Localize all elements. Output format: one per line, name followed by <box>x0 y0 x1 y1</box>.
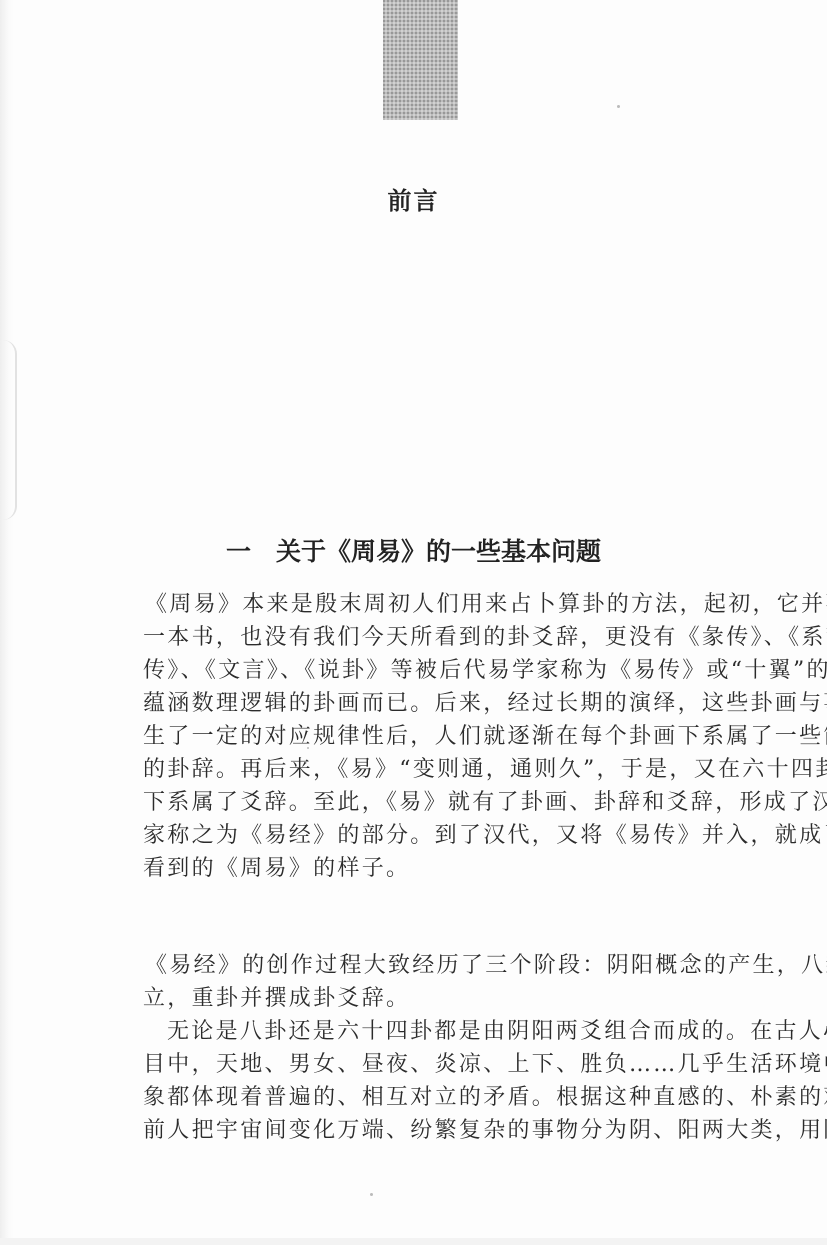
paragraph-1-line-6: 的卦辞。再后来，《易》“变则通，通则久”，于是，又在六十四卦的各爻之 <box>143 753 827 786</box>
scan-speck <box>617 105 620 108</box>
paragraph-1-line-8: 家称之为《易经》的部分。到了汉代，又将《易传》并入，就成了我们现在 <box>143 819 827 852</box>
paragraph-3-line-4: 前人把宇宙间变化万端、纷繁复杂的事物分为阴、阳两大类，用阴、阳两 <box>143 1114 827 1147</box>
scan-bottom-edge <box>0 1238 827 1245</box>
paragraph-3-line-1: 无论是八卦还是六十四卦都是由阴阳两爻组合而成的。在古人心 <box>167 1015 827 1048</box>
paragraph-1-line-7: 下系属了爻辞。至此，《易》就有了卦画、卦辞和爻辞，形成了汉代易学 <box>143 786 827 819</box>
scan-page-curl <box>3 340 17 520</box>
paragraph-1-line-2: 一本书，也没有我们今天所看到的卦爻辞，更没有《彖传》、《系辞》、《象 <box>143 621 827 654</box>
paragraph-3-line-3: 象都体现着普遍的、相互对立的矛盾。根据这种直感的、朴素的观察， <box>143 1081 827 1114</box>
paragraph-1-line-4: 蕴涵数理逻辑的卦画而已。后来，经过长期的演绎，这些卦画与事物产 <box>143 687 827 720</box>
paragraph-1-line-5: 生了一定的对应规律性后，人们就逐渐在每个卦画下系属了一些简约 <box>143 720 827 753</box>
paragraph-1-line-1: 《周易》本来是殷末周初人们用来占卜算卦的方法，起初，它并不是 <box>145 588 827 621</box>
paragraph-1-line-9: 看到的《周易》的样子。 <box>143 852 410 885</box>
paragraph-3-line-2: 目中，天地、男女、昼夜、炎凉、上下、胜负……几乎生活环境中的一切现 <box>143 1048 827 1081</box>
page-title: 前言 <box>0 181 827 216</box>
paragraph-2-line-2: 立，重卦并撰成卦爻辞。 <box>143 982 410 1015</box>
scan-speck <box>370 1193 373 1196</box>
paragraph-1-line-3: 传》、《文言》、《说卦》等被后代易学家称为《易传》或“十翼”的部分，只是 <box>143 654 827 687</box>
section-heading: 一 关于《周易》的一些基本问题 <box>0 532 827 568</box>
paragraph-2-line-1: 《易经》的创作过程大致经历了三个阶段：阴阳概念的产生，八卦创 <box>145 949 827 982</box>
halftone-header-block <box>383 0 458 120</box>
